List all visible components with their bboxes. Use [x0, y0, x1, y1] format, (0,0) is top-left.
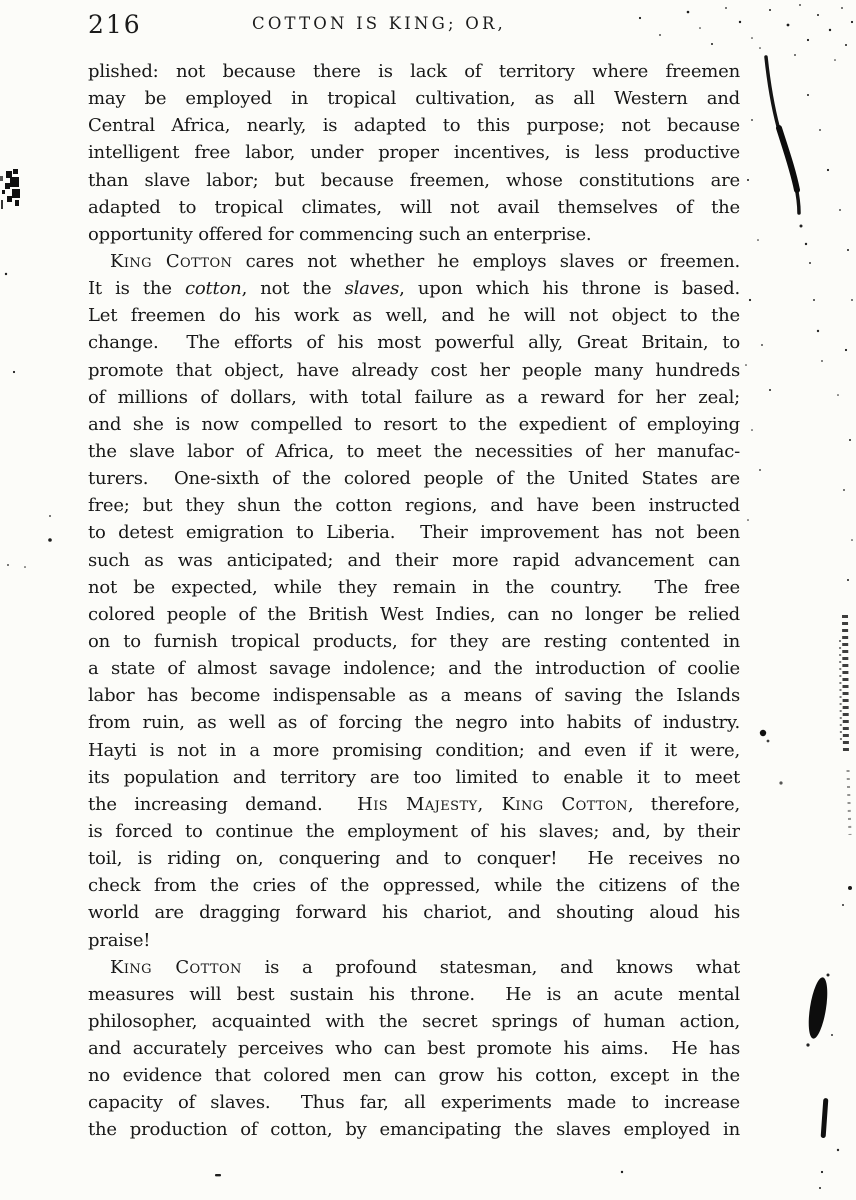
text-segment: is a profound statesman, and knows what [242, 957, 740, 978]
scan-streak-upper-right [766, 57, 823, 362]
text-line: plished: not because there is lack of te… [88, 58, 740, 85]
text-segment: Central Africa, nearly, is adapted to th… [88, 115, 740, 136]
text-line: adapted to tropical climates, will not a… [88, 194, 740, 221]
text-segment: , therefore, [628, 794, 740, 815]
text-segment: , not the [242, 278, 345, 299]
text-line: colored people of the British West Indie… [88, 601, 740, 628]
text-line: King Cotton cares not whether he employs… [88, 248, 740, 275]
text-segment: plished: not because there is lack of te… [88, 61, 740, 82]
text-line: no evidence that colored men can grow hi… [88, 1062, 740, 1089]
text-line: its population and territory are too lim… [88, 764, 740, 791]
text-line: to detest emigration to Liberia. Their i… [88, 519, 740, 546]
text-line: King Cotton is a profound statesman, and… [88, 954, 740, 981]
text-segment: promote that object, have already cost h… [88, 360, 740, 381]
book-page: 216 COTTON IS KING; OR, plished: not bec… [0, 0, 856, 1200]
text-segment: is forced to continue the employment of … [88, 821, 740, 842]
text-segment: check from the cries of the oppressed, w… [88, 875, 740, 896]
text-segment: change. The efforts of his most powerful… [88, 332, 740, 353]
small-caps-text: King Cotton [110, 251, 232, 272]
text-segment: on to furnish tropical products, for the… [88, 631, 740, 652]
text-line: praise! [88, 927, 740, 954]
text-line: not be expected, while they remain in th… [88, 574, 740, 601]
text-segment: Hayti is not in a more promising conditi… [88, 740, 740, 761]
text-segment: intelligent free labor, under proper inc… [88, 142, 740, 163]
text-segment: colored people of the British West Indie… [88, 604, 740, 625]
text-line: than slave labor; but because freemen, w… [88, 167, 740, 194]
text-segment: toil, is riding on, conquering and to co… [88, 848, 740, 869]
ink-spot-right [760, 730, 783, 785]
running-title: COTTON IS KING; OR, [252, 14, 506, 33]
text-line: the slave labor of Africa, to meet the n… [88, 438, 740, 465]
text-segment: not be expected, while they remain in th… [88, 577, 740, 598]
text-line: It is the cotton, not the slaves, upon w… [88, 275, 740, 302]
text-line: turers. One-sixth of the colored people … [88, 465, 740, 492]
text-line: measures will best sustain his throne. H… [88, 981, 740, 1008]
text-line: promote that object, have already cost h… [88, 357, 740, 384]
italic-text: cotton [185, 278, 242, 299]
text-line: from ruin, as well as of forcing the neg… [88, 709, 740, 736]
text-line: of millions of dollars, with total failu… [88, 384, 740, 411]
small-caps-text: King Cotton [110, 957, 242, 978]
text-segment: the production of cotton, by emancipatin… [88, 1119, 740, 1140]
text-segment: world are dragging forward his chariot, … [88, 902, 740, 923]
text-segment: , upon which his throne is based. [399, 278, 740, 299]
text-line: opportunity offered for commencing such … [88, 221, 740, 248]
body-text: plished: not because there is lack of te… [88, 58, 740, 1144]
text-segment: turers. One-sixth of the colored people … [88, 468, 740, 489]
text-segment: adapted to tropical climates, will not a… [88, 197, 740, 218]
text-line: toil, is riding on, conquering and to co… [88, 845, 740, 872]
text-line: check from the cries of the oppressed, w… [88, 872, 740, 899]
text-segment: cares not whether he employs slaves or f… [232, 251, 740, 272]
page-number: 216 [88, 10, 142, 39]
text-line: Central Africa, nearly, is adapted to th… [88, 112, 740, 139]
text-segment: opportunity offered for commencing such … [88, 224, 591, 245]
text-segment: philosopher, acquainted with the secret … [88, 1011, 740, 1032]
text-segment: its population and territory are too lim… [88, 767, 740, 788]
small-caps-text: His Majesty, King Cotton [357, 794, 628, 815]
text-line: the increasing demand. His Majesty, King… [88, 791, 740, 818]
text-segment: It is the [88, 278, 185, 299]
text-line: Let freemen do his work as well, and he … [88, 302, 740, 329]
text-segment: the increasing demand. [88, 794, 357, 815]
text-segment: free; but they shun the cotton regions, … [88, 495, 740, 516]
text-segment: and she is now compelled to resort to th… [88, 414, 740, 435]
text-line: philosopher, acquainted with the secret … [88, 1008, 740, 1035]
scan-streak-right-middle [840, 615, 852, 906]
text-line: free; but they shun the cotton regions, … [88, 492, 740, 519]
text-line: and accurately perceives who can best pr… [88, 1035, 740, 1062]
text-segment: than slave labor; but because freemen, w… [88, 170, 740, 191]
text-line: is forced to continue the employment of … [88, 818, 740, 845]
text-segment: a state of almost savage indolence; and … [88, 658, 740, 679]
text-line: Hayti is not in a more promising conditi… [88, 737, 740, 764]
text-line: labor has become indispensable as a mean… [88, 682, 740, 709]
text-segment: from ruin, as well as of forcing the neg… [88, 712, 740, 733]
ink-blob-left-margin [0, 169, 20, 209]
text-line: on to furnish tropical products, for the… [88, 628, 740, 655]
text-segment: to detest emigration to Liberia. Their i… [88, 522, 740, 543]
text-segment: such as was anticipated; and their more … [88, 550, 740, 571]
text-segment: and accurately perceives who can best pr… [88, 1038, 740, 1059]
text-line: intelligent free labor, under proper inc… [88, 139, 740, 166]
text-segment: Let freemen do his work as well, and he … [88, 305, 740, 326]
text-segment: praise! [88, 930, 150, 951]
text-line: and she is now compelled to resort to th… [88, 411, 740, 438]
text-segment: no evidence that colored men can grow hi… [88, 1065, 740, 1086]
italic-text: slaves [345, 278, 400, 299]
text-segment: capacity of slaves. Thus far, all experi… [88, 1092, 740, 1113]
text-line: capacity of slaves. Thus far, all experi… [88, 1089, 740, 1116]
text-line: such as was anticipated; and their more … [88, 547, 740, 574]
text-line: the production of cotton, by emancipatin… [88, 1116, 740, 1143]
text-line: change. The efforts of his most powerful… [88, 329, 740, 356]
text-line: a state of almost savage indolence; and … [88, 655, 740, 682]
text-line: world are dragging forward his chariot, … [88, 899, 740, 926]
text-segment: measures will best sustain his throne. H… [88, 984, 740, 1005]
text-segment: of millions of dollars, with total failu… [88, 387, 740, 408]
text-segment: labor has become indispensable as a mean… [88, 685, 740, 706]
ink-smudge-lower-right [805, 974, 839, 1152]
text-segment: the slave labor of Africa, to meet the n… [88, 441, 740, 462]
text-segment: may be employed in tropical cultivation,… [88, 88, 740, 109]
text-line: may be employed in tropical cultivation,… [88, 85, 740, 112]
